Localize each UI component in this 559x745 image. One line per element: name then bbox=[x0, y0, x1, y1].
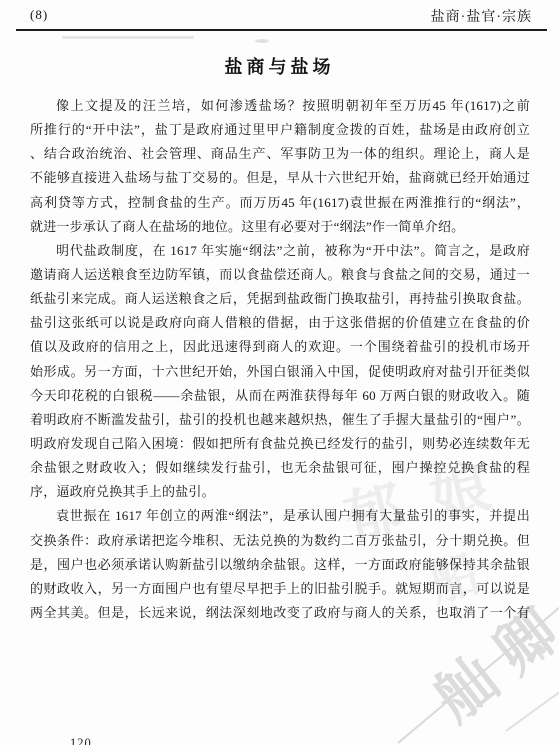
text-line: 纸盐引来完成。商人运送粮食之后，凭据到盐政衙门换取盐引，再持盐引换取食盐。 bbox=[30, 287, 530, 311]
watermark-stamp-letter: P bbox=[527, 632, 559, 667]
text-line: 余盐银之财政收入；假如继续发行盐引，也无余盐银可征，囤户操控兑换食盐的程 bbox=[30, 456, 530, 480]
page-number: 120 bbox=[70, 736, 92, 745]
section-title: 盐商与盐场 bbox=[0, 53, 559, 79]
header-running-title: 盐商·盐官·宗族 bbox=[431, 6, 532, 26]
paragraph: 明代盐政制度，在 1617 年实施“纲法”之前，被称为“开中法”。简言之，是政府… bbox=[30, 239, 530, 505]
text-line: 不能够直接进入盐场与盐丁交易的。但是，早从十六世纪开始，盐商就已经开始通过 bbox=[30, 166, 530, 190]
text-line: 序，逼政府兑换其手上的盐引。 bbox=[30, 480, 530, 504]
watermark-stamp-edge bbox=[505, 677, 559, 732]
text-line: 所推行的“开中法”，盐丁是政府通过里甲户籍制度佥拨的百姓，盐场是由政府创立 bbox=[30, 118, 530, 142]
text-line: 邀请商人运送粮食至边防军镇，而以食盐偿还商人。粮食与食盐之间的交易，通过一 bbox=[30, 263, 530, 287]
text-line: 像上文提及的汪兰培，如何渗透盐场？按照明朝初年至万历45 年(1617)之前 bbox=[30, 94, 530, 118]
header-folio-label: (8) bbox=[30, 7, 48, 23]
text-line: 、结合政治统治、社会管理、商品生产、军事防卫为一体的组织。理论上，商人是 bbox=[30, 142, 530, 166]
text-line: 两全其美。但是，长远来说，纲法深刻地改变了政府与商人的关系，也取消了一个有 bbox=[30, 601, 530, 625]
text-line: 明代盐政制度，在 1617 年实施“纲法”之前，被称为“开中法”。简言之，是政府 bbox=[30, 239, 530, 263]
paragraph: 像上文提及的汪兰培，如何渗透盐场？按照明朝初年至万历45 年(1617)之前 所… bbox=[30, 94, 530, 239]
text-line: 始形成。另一方面，十六世纪开始，外国白银涌入中国，促使明政府对盐引开征类似 bbox=[30, 360, 530, 384]
scan-artifact bbox=[255, 39, 269, 43]
text-line: 今天印花税的白银税——余盐银，从而在两淮获得每年 60 万两白银的财政收入。随 bbox=[30, 384, 530, 408]
paragraph: 袁世振在 1617 年创立的两淮“纲法”，是承认囤户拥有大量盐引的事实，并提出 … bbox=[30, 504, 530, 625]
body-text: 像上文提及的汪兰培，如何渗透盐场？按照明朝初年至万历45 年(1617)之前 所… bbox=[30, 94, 530, 625]
text-line: 着明政府不断滥发盐引，盐引的投机也越来越炽热，催生了手握大量盐引的“囤户”。 bbox=[30, 408, 530, 432]
text-line: 明政府发现自己陷入困境：假如把所有食盐兑换已经发行的盐引，则势必连续数年无 bbox=[30, 432, 530, 456]
header-rule bbox=[16, 29, 547, 31]
scan-artifact bbox=[62, 36, 194, 39]
text-line: 高利贷等方式，控制食盐的生产。而万历45 年(1617)袁世振在两淮推行的“纲法… bbox=[30, 191, 530, 215]
text-line: 值以及政府的信用之上，因此迅速得到商人的欢迎。一个围绕着盐引的投机市场开 bbox=[30, 335, 530, 359]
text-line: 的财政收入，另一方面囤户也有望尽早把手上的旧盐引脱手。就短期而言，可以说是 bbox=[30, 577, 530, 601]
text-line: 是，囤户也必须承诺认购新盐引以缴纳余盐银。这样，一方面政府能够保持其余盐银 bbox=[30, 553, 530, 577]
text-line: 交换条件：政府承诺把迄今堆积、无法兑换的为数约二百万张盐引，分十期兑换。但 bbox=[30, 529, 530, 553]
text-line: 袁世振在 1617 年创立的两淮“纲法”，是承认囤户拥有大量盐引的事实，并提出 bbox=[30, 504, 530, 528]
text-line: 就进一步承认了商人在盐场的地位。这里有必要对于“纲法”作一简单介绍。 bbox=[30, 215, 530, 239]
text-line: 盐引这张纸可以说是政府向商人借粮的借据，由于这张借据的价值建立在食盐的价 bbox=[30, 311, 530, 335]
book-page: (8) 盐商·盐官·宗族 郁娘 船 舢卿 P 盐商与盐场 像上文提及的汪兰培，如… bbox=[0, 0, 559, 745]
